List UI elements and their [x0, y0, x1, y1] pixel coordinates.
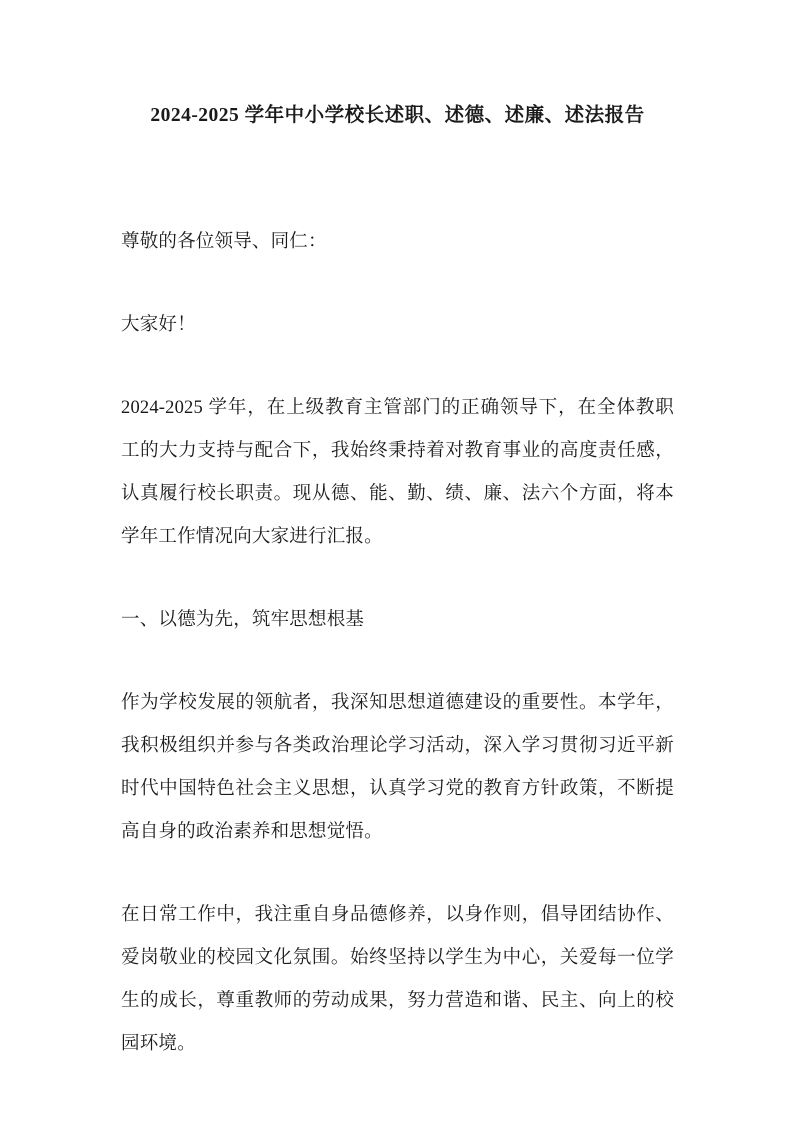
- document-body: 尊敬的各位领导、同仁：大家好！2024-2025 学年，在上级教育主管部门的正确…: [121, 221, 674, 1066]
- paragraph: 2024-2025 学年，在上级教育主管部门的正确领导下，在全体教职工的大力支持…: [121, 387, 674, 559]
- document-page: 2024-2025 学年中小学校长述职、述德、述廉、述法报告 尊敬的各位领导、同…: [0, 0, 793, 1122]
- paragraph: 作为学校发展的领航者，我深知思想道德建设的重要性。本学年，我积极组织并参与各类政…: [121, 682, 674, 854]
- section-heading: 一、以德为先，筑牢思想根基: [121, 599, 674, 642]
- paragraph: 大家好！: [121, 304, 674, 347]
- paragraph: 尊敬的各位领导、同仁：: [121, 221, 674, 264]
- paragraph: 在日常工作中，我注重自身品德修养，以身作则，倡导团结协作、爱岗敬业的校园文化氛围…: [121, 894, 674, 1066]
- document-title: 2024-2025 学年中小学校长述职、述德、述廉、述法报告: [121, 94, 674, 137]
